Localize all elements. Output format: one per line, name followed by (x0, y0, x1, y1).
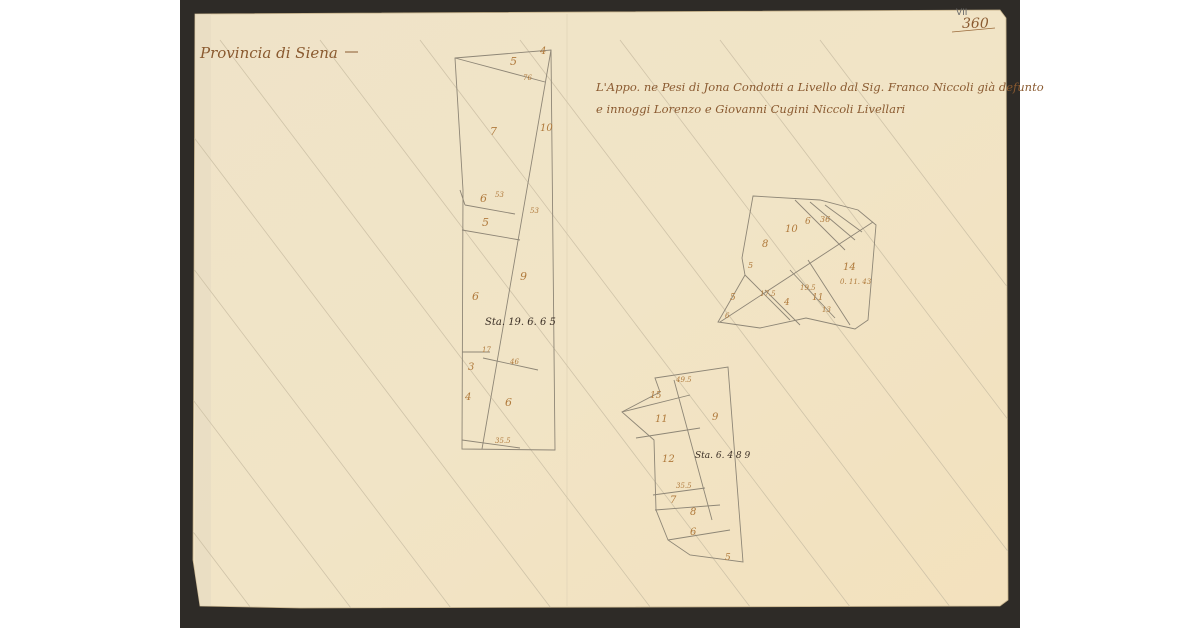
parcel-bottom-total: Sta. 6. 4 8 9 (695, 451, 750, 461)
svg-text:4: 4 (783, 298, 790, 308)
svg-text:8: 8 (690, 507, 696, 518)
svg-text:6: 6 (805, 217, 811, 227)
svg-text:8: 8 (762, 239, 768, 250)
svg-text:4: 4 (464, 392, 471, 403)
svg-text:5: 5 (725, 553, 731, 563)
svg-text:6: 6 (725, 312, 730, 320)
svg-text:49.5: 49.5 (675, 376, 692, 384)
svg-text:15: 15 (650, 391, 662, 401)
svg-text:76: 76 (523, 74, 532, 82)
svg-text:14: 14 (843, 262, 856, 273)
svg-text:13: 13 (822, 306, 831, 314)
svg-text:5: 5 (482, 216, 489, 229)
caption-line-1: L'Appo. ne Pesi di Jona Condotti a Livel… (595, 80, 1044, 94)
svg-text:5: 5 (748, 261, 753, 270)
svg-text:11: 11 (812, 293, 823, 303)
svg-text:3: 3 (468, 362, 474, 373)
parcel-left-total: Sta. 19. 6. 6 5 (485, 317, 556, 328)
svg-text:9: 9 (712, 412, 719, 423)
svg-text:10: 10 (785, 224, 798, 235)
svg-text:9: 9 (520, 270, 527, 283)
svg-text:6: 6 (472, 290, 479, 303)
svg-text:10: 10 (540, 123, 553, 134)
svg-text:7: 7 (490, 125, 497, 138)
manuscript-sheet: Provincia di Siena VII 360 L'Appo. ne Pe… (0, 0, 1200, 628)
svg-text:35.5: 35.5 (676, 482, 692, 490)
caption-line-2: e innoggi Lorenzo e Giovanni Cugini Nicc… (596, 102, 905, 116)
svg-text:17: 17 (482, 346, 491, 354)
paper (193, 10, 1008, 608)
svg-text:53: 53 (530, 207, 539, 215)
svg-text:6: 6 (690, 527, 697, 538)
svg-text:36: 36 (820, 215, 830, 224)
svg-text:5: 5 (510, 55, 517, 68)
svg-text:12: 12 (662, 454, 675, 465)
svg-text:7: 7 (670, 495, 677, 506)
heading: Provincia di Siena (199, 44, 338, 62)
svg-text:46: 46 (509, 358, 519, 366)
svg-text:11: 11 (655, 414, 668, 425)
svg-text:17.5: 17.5 (760, 290, 776, 298)
parcel-right-total: 0. 11. 43 (840, 278, 872, 286)
svg-text:4: 4 (539, 46, 546, 57)
svg-text:5: 5 (730, 293, 736, 303)
svg-text:6: 6 (505, 396, 512, 409)
svg-text:19.5: 19.5 (800, 284, 816, 292)
svg-text:6: 6 (480, 192, 487, 205)
svg-text:53: 53 (495, 191, 504, 199)
svg-text:35.5: 35.5 (495, 437, 511, 445)
